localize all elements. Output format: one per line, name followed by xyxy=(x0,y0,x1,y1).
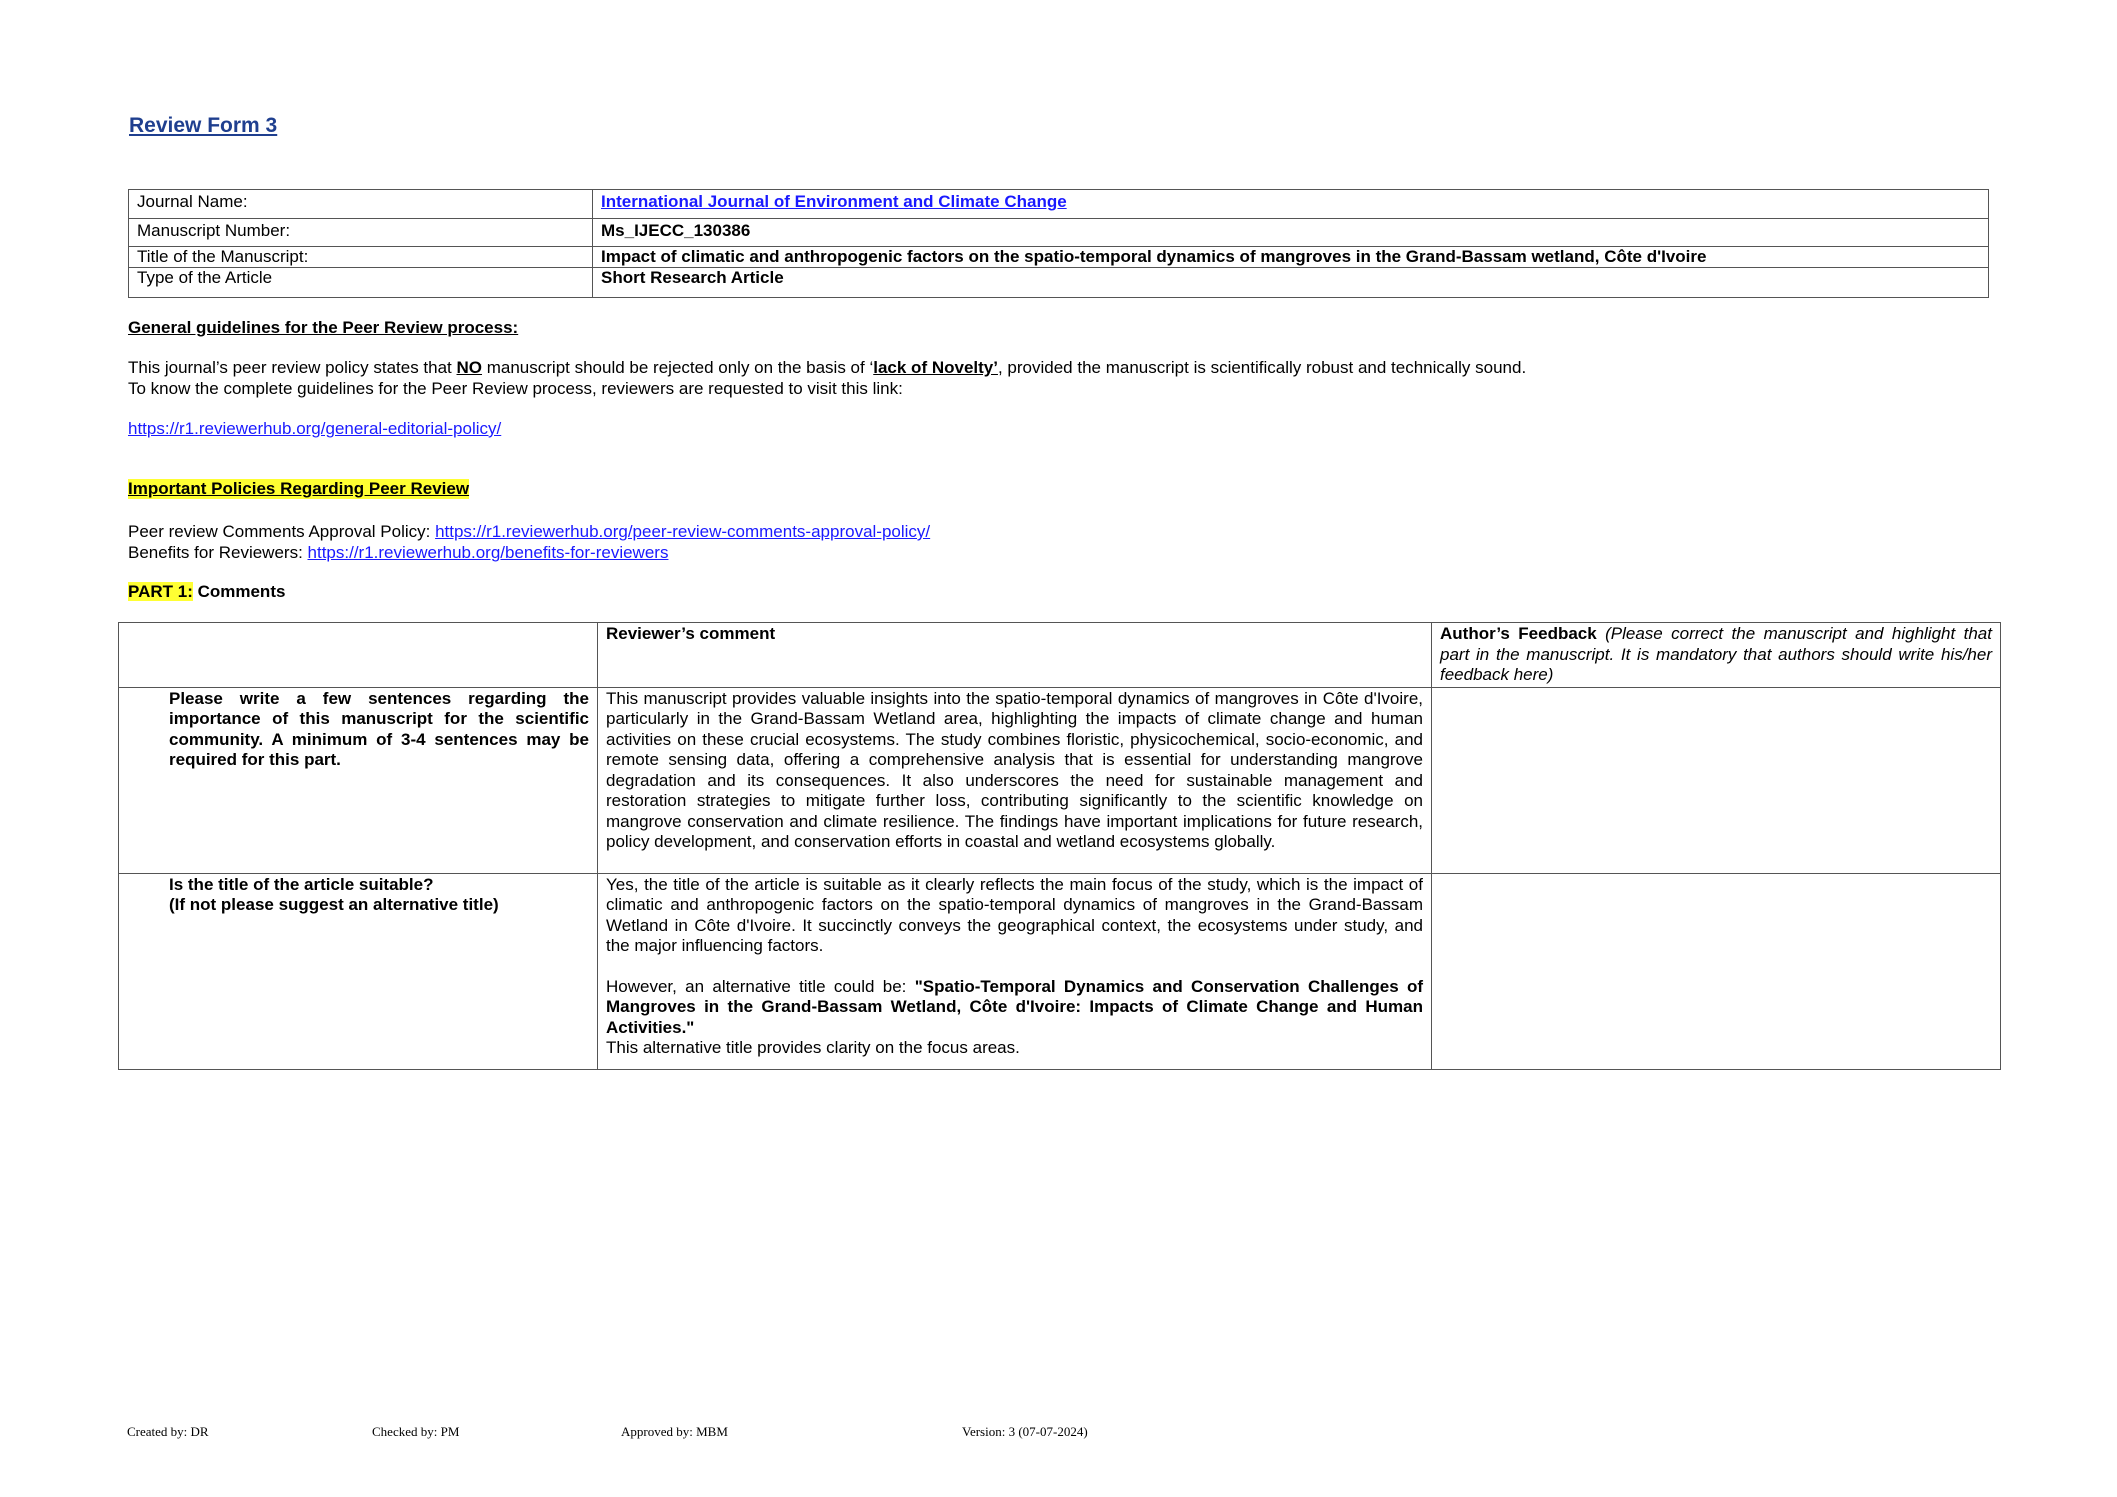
article-type-value: Short Research Article xyxy=(593,268,1989,298)
no-emphasis: NO xyxy=(457,358,483,377)
guidelines-heading: General guidelines for the Peer Review p… xyxy=(128,318,518,338)
manuscript-title-value: Impact of climatic and anthropogenic fac… xyxy=(593,247,1989,268)
alternative-title-note: This alternative title provides clarity … xyxy=(606,1038,1423,1059)
part1-label: PART 1: xyxy=(128,582,193,601)
author-feedback-header: Author’s Feedback (Please correct the ma… xyxy=(1432,623,2001,688)
question-title-alternative: (If not please suggest an alternative ti… xyxy=(127,895,589,916)
form-title: Review Form 3 xyxy=(129,114,277,138)
info-row-title: Title of the Manuscript: Impact of clima… xyxy=(129,247,1989,268)
editorial-policy-link[interactable]: https://r1.reviewerhub.org/general-edito… xyxy=(128,419,501,439)
guidelines-line-1: This journal’s peer review policy states… xyxy=(128,357,1526,378)
benefits-label: Benefits for Reviewers: xyxy=(128,543,308,562)
journal-name-label: Journal Name: xyxy=(129,190,593,219)
author-feedback-title[interactable] xyxy=(1432,873,2001,1069)
text: , provided the manuscript is scientifica… xyxy=(998,358,1526,377)
comments-header-row: Reviewer’s comment Author’s Feedback (Pl… xyxy=(119,623,2001,688)
manuscript-title-label: Title of the Manuscript: xyxy=(129,247,593,268)
footer-checked-by: Checked by: PM xyxy=(372,1424,459,1440)
reviewer-comment-header: Reviewer’s comment xyxy=(598,623,1432,688)
question-title-suitable: Is the title of the article suitable? xyxy=(127,875,589,896)
guidelines-paragraph: This journal’s peer review policy states… xyxy=(128,357,1526,399)
question-importance: Please write a few sentences regarding t… xyxy=(127,689,589,771)
info-row-article-type: Type of the Article Short Research Artic… xyxy=(129,268,1989,298)
part1-title: Comments xyxy=(193,582,286,601)
policies-heading: Important Policies Regarding Peer Review xyxy=(128,479,469,499)
footer-approved-by: Approved by: MBM xyxy=(621,1424,728,1440)
alternative-title-paragraph: However, an alternative title could be: … xyxy=(606,977,1423,1039)
alternative-title-lead: However, an alternative title could be: xyxy=(606,977,915,996)
comments-table: Reviewer’s comment Author’s Feedback (Pl… xyxy=(118,622,2001,1070)
info-row-manuscript-number: Manuscript Number: Ms_IJECC_130386 xyxy=(129,219,1989,247)
novelty-emphasis: lack of Novelty’ xyxy=(873,358,998,377)
manuscript-info-table: Journal Name: International Journal of E… xyxy=(128,189,1989,298)
approval-policy-label: Peer review Comments Approval Policy: xyxy=(128,522,435,541)
policy-links: Peer review Comments Approval Policy: ht… xyxy=(128,521,930,563)
author-feedback-importance[interactable] xyxy=(1432,687,2001,873)
benefits-line: Benefits for Reviewers: https://r1.revie… xyxy=(128,542,930,563)
author-feedback-title: Author’s Feedback xyxy=(1440,624,1597,643)
manuscript-number-label: Manuscript Number: xyxy=(129,219,593,247)
reviewer-comment-title: Yes, the title of the article is suitabl… xyxy=(598,873,1432,1069)
header-empty-cell xyxy=(119,623,598,688)
benefits-link[interactable]: https://r1.reviewerhub.org/benefits-for-… xyxy=(308,543,669,562)
footer-created-by: Created by: DR xyxy=(127,1424,209,1440)
guidelines-line-2: To know the complete guidelines for the … xyxy=(128,378,1526,399)
reviewer-comment-importance: This manuscript provides valuable insigh… xyxy=(598,687,1432,873)
approval-policy-link[interactable]: https://r1.reviewerhub.org/peer-review-c… xyxy=(435,522,930,541)
text: manuscript should be rejected only on th… xyxy=(482,358,873,377)
part1-heading: PART 1: Comments xyxy=(128,582,285,602)
info-row-journal: Journal Name: International Journal of E… xyxy=(129,190,1989,219)
title-comment-paragraph: Yes, the title of the article is suitabl… xyxy=(606,875,1423,957)
approval-policy-line: Peer review Comments Approval Policy: ht… xyxy=(128,521,930,542)
text: This journal’s peer review policy states… xyxy=(128,358,457,377)
journal-name-link[interactable]: International Journal of Environment and… xyxy=(601,192,1067,211)
footer-version: Version: 3 (07-07-2024) xyxy=(962,1424,1088,1440)
table-row: Is the title of the article suitable? (I… xyxy=(119,873,2001,1069)
table-row: Please write a few sentences regarding t… xyxy=(119,687,2001,873)
article-type-label: Type of the Article xyxy=(129,268,593,298)
manuscript-number-value: Ms_IJECC_130386 xyxy=(593,219,1989,247)
